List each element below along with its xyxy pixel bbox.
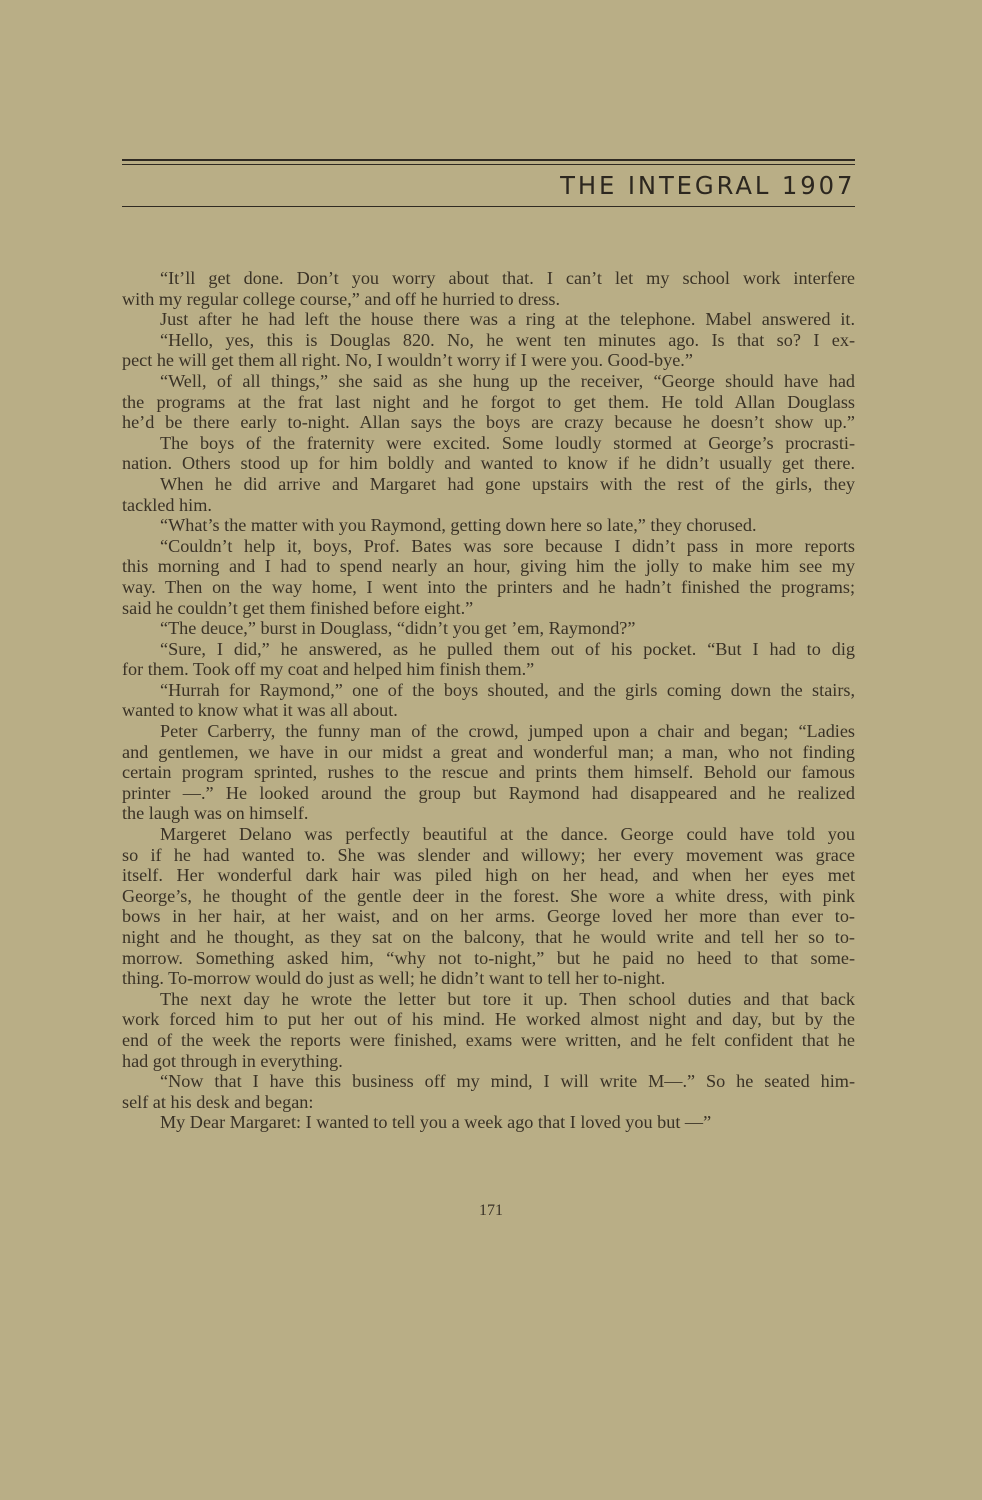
running-header: THE INTEGRAL 1907 — [560, 171, 855, 200]
text-line: work forced him to put her out of his mi… — [122, 1009, 855, 1030]
text-line: this morning and I had to spend nearly a… — [122, 556, 855, 577]
text-line: self at his desk and began: — [122, 1092, 855, 1113]
text-line: the laugh was on himself. — [122, 803, 855, 824]
text-line: and gentlemen, we have in our midst a gr… — [122, 742, 855, 763]
text-line: nation. Others stood up for him boldly a… — [122, 453, 855, 474]
text-line: Peter Carberry, the funny man of the cro… — [122, 721, 855, 742]
text-line: end of the week the reports were finishe… — [122, 1030, 855, 1051]
header-rule-top-thin — [122, 164, 855, 165]
text-line: Just after he had left the house there w… — [122, 309, 855, 330]
text-line: with my regular college course,” and off… — [122, 289, 855, 310]
text-line: had got through in everything. — [122, 1051, 855, 1072]
text-line: tackled him. — [122, 495, 855, 516]
text-line: printer —.” He looked around the group b… — [122, 783, 855, 804]
text-line: bows in her hair, at her waist, and on h… — [122, 906, 855, 927]
text-line: “It’ll get done. Don’t you worry about t… — [122, 268, 855, 289]
text-line: My Dear Margaret: I wanted to tell you a… — [122, 1112, 855, 1133]
text-line: The next day he wrote the letter but tor… — [122, 989, 855, 1010]
page-number: 171 — [0, 1202, 982, 1220]
text-line: certain program sprinted, rushes to the … — [122, 762, 855, 783]
text-line: said he couldn’t get them finished befor… — [122, 598, 855, 619]
text-line: “Hello, yes, this is Douglas 820. No, he… — [122, 330, 855, 351]
text-line: for them. Took off my coat and helped hi… — [122, 659, 855, 680]
text-line: pect he will get them all right. No, I w… — [122, 350, 855, 371]
text-line: “Couldn’t help it, boys, Prof. Bates was… — [122, 536, 855, 557]
text-line: “The deuce,” burst in Douglass, “didn’t … — [122, 618, 855, 639]
text-line: thing. To-morrow would do just as well; … — [122, 968, 855, 989]
body-text: “It’ll get done. Don’t you worry about t… — [122, 268, 855, 1133]
header-rule-top — [122, 159, 855, 161]
text-line: When he did arrive and Margaret had gone… — [122, 474, 855, 495]
text-line: “Sure, I did,” he answered, as he pulled… — [122, 639, 855, 660]
text-line: wanted to know what it was all about. — [122, 700, 855, 721]
text-line: George’s, he thought of the gentle deer … — [122, 886, 855, 907]
text-line: morrow. Something asked him, “why not to… — [122, 948, 855, 969]
header-rule-bottom — [122, 206, 855, 207]
text-line: he’d be there early to-night. Allan says… — [122, 412, 855, 433]
text-line: night and he thought, as they sat on the… — [122, 927, 855, 948]
text-line: “Hurrah for Raymond,” one of the boys sh… — [122, 680, 855, 701]
text-line: Margeret Delano was perfectly beautiful … — [122, 824, 855, 845]
text-line: so if he had wanted to. She was slender … — [122, 845, 855, 866]
text-line: “Now that I have this business off my mi… — [122, 1071, 855, 1092]
text-line: itself. Her wonderful dark hair was pile… — [122, 865, 855, 886]
text-line: “Well, of all things,” she said as she h… — [122, 371, 855, 392]
text-line: the programs at the frat last night and … — [122, 392, 855, 413]
text-line: way. Then on the way home, I went into t… — [122, 577, 855, 598]
text-line: “What’s the matter with you Raymond, get… — [122, 515, 855, 536]
text-line: The boys of the fraternity were excited.… — [122, 433, 855, 454]
